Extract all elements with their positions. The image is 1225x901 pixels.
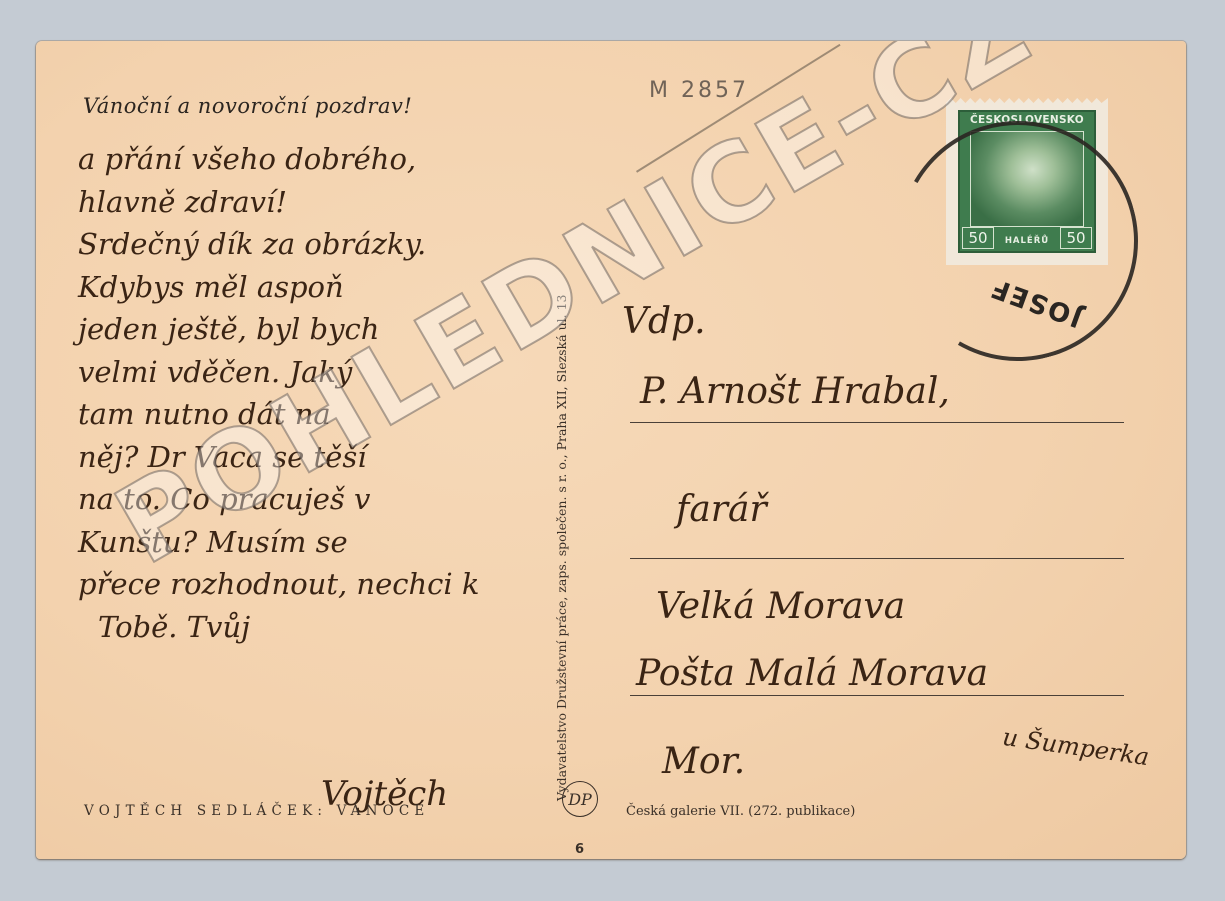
message-line: Tobě. Tvůj [78, 606, 479, 649]
archive-number: M 2857 [649, 78, 749, 103]
page-number: 6 [575, 842, 584, 857]
address-title: farář [676, 489, 767, 532]
printed-greeting: Vánoční a novoroční pozdrav! [83, 94, 412, 118]
address-region: u Šumperka [1000, 716, 1152, 779]
address-rule [630, 558, 1124, 559]
postcard: Vánoční a novoroční pozdrav! a přání vše… [36, 41, 1186, 859]
publisher-imprint: Vydavatelstvo Družstevní práce, zaps. sp… [554, 81, 569, 801]
address-place: Velká Morava [656, 586, 905, 629]
message-line: hlavně zdraví! [78, 181, 479, 224]
message-line: Srdečný dík za obrázky. [78, 223, 479, 266]
address-post-office: Pošta Malá Morava [636, 653, 988, 696]
address-name: P. Arnošt Hrabal, [640, 371, 950, 414]
address-rule [630, 422, 1124, 423]
message-line: a přání všeho dobrého, [78, 138, 479, 181]
message-line: přece rozhodnout, nechci k [78, 563, 479, 606]
address-province: Mor. [662, 741, 745, 784]
series-caption: Česká galerie VII. (272. publikace) [626, 804, 855, 819]
artist-credit: VOJTĚCH SEDLÁČEK: VÁNOCE [84, 803, 429, 819]
